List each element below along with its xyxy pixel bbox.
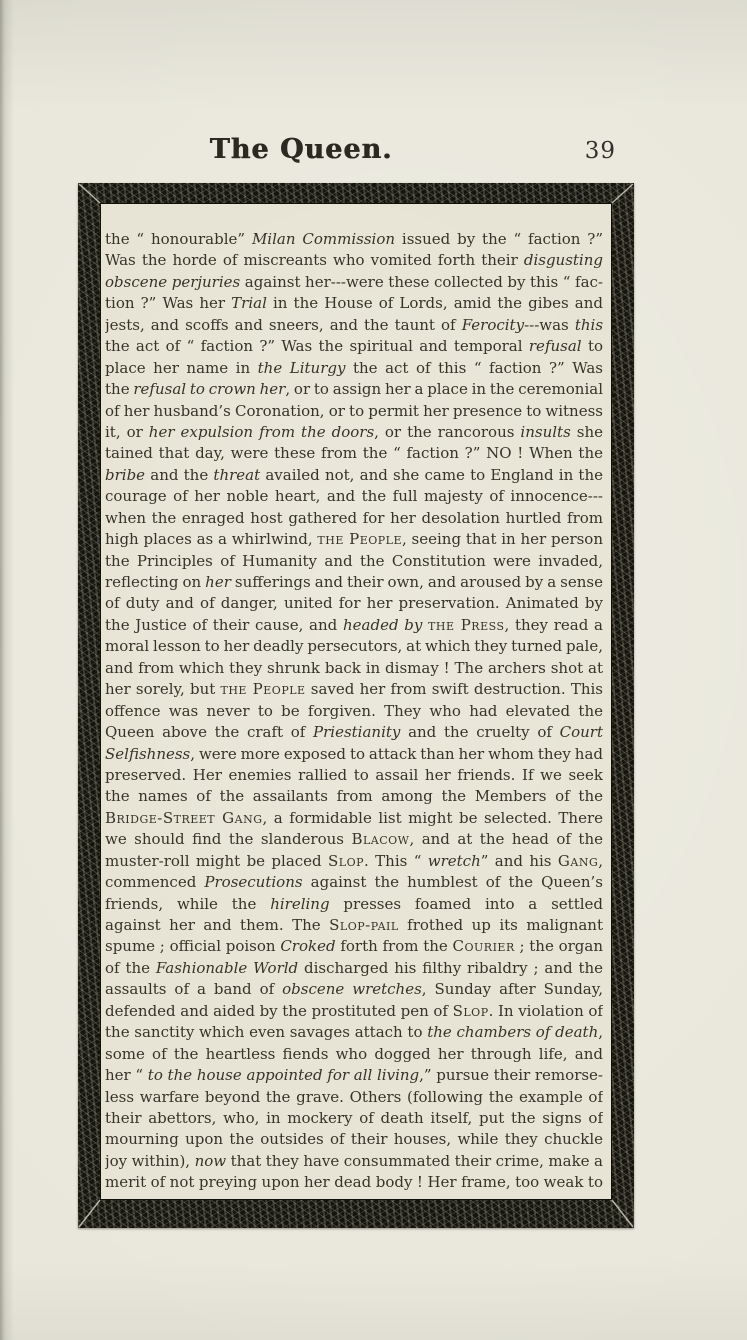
body-text: availed not, and she came to England in … bbox=[260, 466, 603, 484]
text-line: her “ to the house appointed for all liv… bbox=[105, 1065, 603, 1086]
body-text: the act of “ faction ?” Was the spiritua… bbox=[105, 337, 529, 355]
text-line: reflecting on her sufferings and their o… bbox=[105, 572, 603, 593]
body-text: their abettors, who, in mockery of death… bbox=[105, 1109, 603, 1127]
smallcaps-text: the People bbox=[317, 530, 402, 548]
body-text: discharged his filthy ribaldry ; and the bbox=[298, 959, 603, 977]
body-text: frothed up its malignant bbox=[399, 916, 603, 934]
text-line: offence was never to be forgiven. They w… bbox=[105, 701, 603, 722]
italic-text: obscene perjuries bbox=[105, 273, 245, 291]
body-text: of duty and of danger, united for her pr… bbox=[105, 594, 603, 612]
text-block: the “ honourable” Milan Commission issue… bbox=[105, 229, 603, 1194]
body-text: tion ?” Was her bbox=[105, 294, 231, 312]
body-text: in the House of Lords, amid the gibes an… bbox=[267, 294, 603, 312]
body-text: moral lesson to her deadly persecutors, … bbox=[105, 637, 603, 655]
body-text: forth from the bbox=[336, 937, 453, 955]
text-line: tion ?” Was her Trial in the House of Lo… bbox=[105, 293, 603, 314]
scan-gutter-shadow bbox=[0, 0, 14, 1340]
text-line: merit of not preying upon her dead body … bbox=[105, 1172, 603, 1193]
body-text: the names of the assailants from among t… bbox=[105, 787, 603, 805]
italic-text: obscene wretches bbox=[282, 980, 422, 998]
text-line: and from which they shrunk back in disma… bbox=[105, 658, 603, 679]
body-text: against the humblest of the Queen’s bbox=[303, 873, 603, 891]
text-line: the refusal to crown her, or to assign h… bbox=[105, 379, 603, 400]
smallcaps-text: Bridge-Street Gang bbox=[105, 809, 263, 827]
body-text: the Principles of Humanity and the Const… bbox=[105, 552, 603, 570]
italic-text: Court bbox=[560, 723, 603, 741]
body-text: ” and his bbox=[481, 852, 558, 870]
smallcaps-text: Courier bbox=[453, 937, 515, 955]
text-line: when the enraged host gathered for her d… bbox=[105, 508, 603, 529]
body-text: commenced bbox=[105, 873, 204, 891]
text-line: the act of “ faction ?” Was the spiritua… bbox=[105, 336, 603, 357]
decorative-frame: the “ honourable” Milan Commission issue… bbox=[78, 183, 634, 1228]
body-text: . In violation of bbox=[489, 1002, 603, 1020]
page-number: 39 bbox=[585, 135, 616, 167]
text-line: courage of her noble heart, and the full… bbox=[105, 486, 603, 507]
text-line: friends, while the hireling presses foam… bbox=[105, 894, 603, 915]
body-text: sufferings and their own, and aroused by… bbox=[231, 573, 603, 591]
text-line: preserved. Her enemies rallied to assail… bbox=[105, 765, 603, 786]
italic-text: Priestianity bbox=[313, 723, 400, 741]
text-line: we should find the slanderous Blacow, an… bbox=[105, 829, 603, 850]
body-text: , bbox=[598, 1023, 603, 1041]
body-text: the bbox=[105, 380, 133, 398]
italic-text: to the house appointed for all living bbox=[148, 1066, 419, 1084]
body-text: , seeing that in her person bbox=[402, 530, 603, 548]
italic-text: refusal bbox=[529, 337, 582, 355]
italic-text: wretch bbox=[428, 852, 481, 870]
text-line: against her and them. The Slop-pail frot… bbox=[105, 915, 603, 936]
text-line: Was the horde of miscreants who vomited … bbox=[105, 250, 603, 271]
body-text: muster-roll might be placed bbox=[105, 852, 328, 870]
smallcaps-text: the People bbox=[221, 680, 306, 698]
body-text: high places as a whirlwind, bbox=[105, 530, 317, 548]
italic-text: Fashionable World bbox=[156, 959, 298, 977]
body-text: against her---were these collected by th… bbox=[245, 273, 603, 291]
body-text: , were more exposed to attack than her w… bbox=[190, 745, 603, 763]
text-line: less warfare beyond the grave. Others (f… bbox=[105, 1087, 603, 1108]
body-text: joy within), bbox=[105, 1152, 195, 1170]
body-text: her “ bbox=[105, 1066, 148, 1084]
text-line: some of the heartless fiends who dogged … bbox=[105, 1044, 603, 1065]
italic-text: Prosecutions bbox=[204, 873, 302, 891]
body-text: less warfare beyond the grave. Others (f… bbox=[105, 1088, 603, 1106]
body-text: jests, and scoffs and sneers, and the ta… bbox=[105, 316, 462, 334]
body-text: friends, while the bbox=[105, 895, 270, 913]
book-page: The Queen. 39 the “ honourable” Milan Co… bbox=[0, 0, 747, 1340]
body-text: to bbox=[582, 337, 603, 355]
italic-text: Milan Commission bbox=[252, 230, 395, 248]
body-text: against her and them. The bbox=[105, 916, 329, 934]
body-text: saved her from swift destruction. This bbox=[306, 680, 603, 698]
text-line: obscene perjuries against her---were the… bbox=[105, 272, 603, 293]
italic-text: threat bbox=[213, 466, 260, 484]
body-text: ; the organ bbox=[515, 937, 603, 955]
italic-text: hireling bbox=[270, 895, 329, 913]
text-line: Bridge-Street Gang, a formidable list mi… bbox=[105, 808, 603, 829]
body-text: merit of not preying upon her dead body … bbox=[105, 1173, 603, 1191]
body-text: of her husband’s Coronation, or to permi… bbox=[105, 402, 603, 420]
body-text: , bbox=[598, 852, 603, 870]
body-text: , or the rancorous bbox=[374, 423, 520, 441]
italic-text: Selfishness bbox=[105, 745, 190, 763]
smallcaps-text: Slop bbox=[328, 852, 364, 870]
italic-text: her expulsion from the doors bbox=[149, 423, 374, 441]
body-text: presses foamed into a settled bbox=[330, 895, 603, 913]
page-paper: the “ honourable” Milan Commission issue… bbox=[100, 203, 612, 1200]
body-text: spume ; official poison bbox=[105, 937, 280, 955]
body-text: when the enraged host gathered for her d… bbox=[105, 509, 603, 529]
body-text: the act of this “ faction ?” Was bbox=[345, 359, 603, 377]
smallcaps-text: Gang bbox=[558, 852, 598, 870]
italic-text: headed by bbox=[343, 616, 428, 634]
body-text: of the bbox=[105, 959, 156, 977]
body-text: offence was never to be forgiven. They w… bbox=[105, 702, 603, 720]
body-text: assaults of a band of bbox=[105, 980, 282, 998]
text-line: of the Fashionable World discharged his … bbox=[105, 958, 603, 979]
body-text: the sanctity which even savages attach t… bbox=[105, 1023, 427, 1041]
text-line: the names of the assailants from among t… bbox=[105, 786, 603, 807]
text-line: the “ honourable” Milan Commission issue… bbox=[105, 229, 603, 250]
italic-text: the chambers of death bbox=[427, 1023, 598, 1041]
smallcaps-text: Blacow bbox=[351, 830, 409, 848]
body-text: and the cruelty of bbox=[400, 723, 559, 741]
smallcaps-text: Slop-pail bbox=[329, 916, 399, 934]
text-line: their abettors, who, in mockery of death… bbox=[105, 1108, 603, 1129]
text-line: the sanctity which even savages attach t… bbox=[105, 1022, 603, 1043]
text-line: it, or her expulsion from the doors, or … bbox=[105, 422, 603, 443]
text-line: mourning upon the outsides of their hous… bbox=[105, 1129, 603, 1150]
body-text: reflecting on bbox=[105, 573, 205, 591]
text-line: of her husband’s Coronation, or to permi… bbox=[105, 401, 603, 422]
text-line: her sorely, but the People saved her fro… bbox=[105, 679, 603, 700]
smallcaps-text: the Press bbox=[428, 616, 504, 634]
italic-text: Croked bbox=[280, 937, 335, 955]
body-text: place her name in bbox=[105, 359, 258, 377]
body-text: and from which they shrunk back in disma… bbox=[105, 659, 603, 677]
text-line: spume ; official poison Croked forth fro… bbox=[105, 936, 603, 957]
text-line: the Justice of their cause, and headed b… bbox=[105, 615, 603, 636]
body-text: Queen above the craft of bbox=[105, 723, 313, 741]
text-line: commenced Prosecutions against the humbl… bbox=[105, 872, 603, 893]
body-text: tained that day, were these from the “ f… bbox=[105, 444, 603, 462]
italic-text: Ferocity bbox=[462, 316, 524, 334]
italic-text: bribe bbox=[105, 466, 145, 484]
text-line: muster-roll might be placed Slop. This “… bbox=[105, 851, 603, 872]
body-text: mourning upon the outsides of their hous… bbox=[105, 1130, 603, 1150]
body-text: her sorely, but bbox=[105, 680, 221, 698]
body-text: Was the horde of miscreants who vomited … bbox=[105, 251, 524, 269]
italic-text: refusal to crown her bbox=[133, 380, 285, 398]
body-text: and the bbox=[145, 466, 213, 484]
text-line: assaults of a band of obscene wretches, … bbox=[105, 979, 603, 1000]
running-head: The Queen. 39 bbox=[78, 132, 634, 172]
text-line: the Principles of Humanity and the Const… bbox=[105, 551, 603, 572]
body-text: , a formidable list might be selected. T… bbox=[263, 809, 604, 827]
italic-text: Trial bbox=[231, 294, 267, 312]
body-text: that they have consummated their crime, … bbox=[226, 1152, 603, 1170]
body-text: ---was bbox=[524, 316, 575, 334]
body-text: defended and aided by the prostituted pe… bbox=[105, 1002, 453, 1020]
text-line: Selfishness, were more exposed to attack… bbox=[105, 744, 603, 765]
body-text: ,” pursue their remorse- bbox=[419, 1066, 603, 1084]
italic-text: this bbox=[575, 316, 603, 334]
body-text: , they read a bbox=[505, 616, 603, 634]
body-text: courage of her noble heart, and the full… bbox=[105, 487, 603, 505]
text-line: joy within), now that they have consumma… bbox=[105, 1151, 603, 1172]
body-text: issued by the “ faction ?” bbox=[395, 230, 603, 248]
text-line: Queen above the craft of Priestianity an… bbox=[105, 722, 603, 743]
text-line: high places as a whirlwind, the People, … bbox=[105, 529, 603, 550]
body-text: some of the heartless fiends who dogged … bbox=[105, 1045, 603, 1065]
body-text: preserved. Her enemies rallied to assail… bbox=[105, 766, 603, 784]
body-text: . This “ bbox=[364, 852, 428, 870]
text-line: place her name in the Liturgy the act of… bbox=[105, 358, 603, 379]
smallcaps-text: Slop bbox=[453, 1002, 489, 1020]
body-text: , and at the head of the bbox=[409, 830, 603, 848]
text-line: defended and aided by the prostituted pe… bbox=[105, 1001, 603, 1022]
italic-text: insults bbox=[520, 423, 570, 441]
text-line: tained that day, were these from the “ f… bbox=[105, 443, 603, 464]
text-line: of duty and of danger, united for her pr… bbox=[105, 593, 603, 614]
page-title: The Queen. bbox=[78, 132, 524, 168]
body-text: we should find the slanderous bbox=[105, 830, 351, 848]
text-line: moral lesson to her deadly persecutors, … bbox=[105, 636, 603, 657]
body-text: , or to assign her a place in the ceremo… bbox=[285, 380, 603, 398]
italic-text: her bbox=[205, 573, 231, 591]
italic-text: the Liturgy bbox=[258, 359, 346, 377]
body-text: the “ honourable” bbox=[105, 230, 252, 248]
body-text: the Justice of their cause, and bbox=[105, 616, 343, 634]
italic-text: now bbox=[195, 1152, 227, 1170]
text-line: bribe and the threat availed not, and sh… bbox=[105, 465, 603, 486]
body-text: it, or bbox=[105, 423, 149, 441]
text-line: jests, and scoffs and sneers, and the ta… bbox=[105, 315, 603, 336]
